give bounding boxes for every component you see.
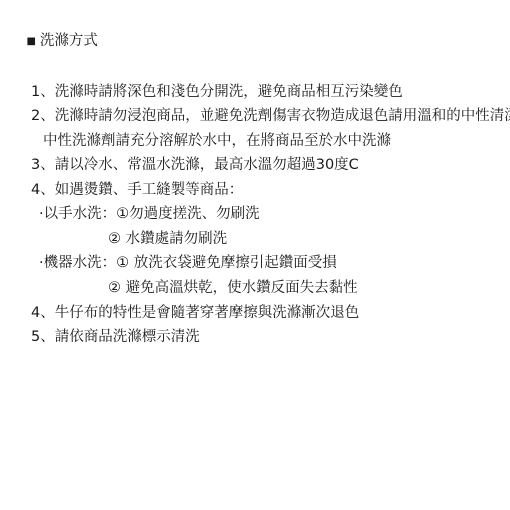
washing-item-4: 4、如遇燙鑽、手工縫製等商品： <box>0 178 510 203</box>
washing-item-3: 3、請以冷水、常溫水洗滌，最高水溫勿超過30度C <box>0 153 510 178</box>
washing-item-2-continued: 中性洗滌劑請充分溶解於水中，在將商品至於水中洗滌 <box>0 129 510 154</box>
washing-item-1: 1、洗滌時請將深色和淺色分開洗，避免商品相互污染變色 <box>0 80 510 105</box>
washing-item-5: 5、請依商品洗滌標示清洗 <box>0 325 510 350</box>
section-title: 洗滌方式 <box>40 33 98 49</box>
handwash-step-2: ② 水鑽處請勿刷洗 <box>0 227 510 252</box>
machine-wash-step-2: ② 避免高溫烘乾，使水鑽反面失去黏性 <box>0 276 510 301</box>
handwash-step-1: ·以手水洗：①勿過度搓洗、勿刷洗 <box>0 202 510 227</box>
section-header: ■洗滌方式 <box>0 4 510 80</box>
machine-wash-step-1: ·機器水洗：① 放洗衣袋避免摩擦引起鑽面受損 <box>0 251 510 276</box>
washing-item-2: 2、洗滌時請勿浸泡商品，並避免洗劑傷害衣物造成退色請用溫和的中性清潔劑洗滌， <box>0 104 510 129</box>
denim-fading-note: 4、牛仔布的特性是會隨著穿著摩擦與洗滌漸次退色 <box>0 301 510 326</box>
washing-instructions-page: ■洗滌方式 1、洗滌時請將深色和淺色分開洗，避免商品相互污染變色 2、洗滌時請勿… <box>0 0 510 510</box>
square-bullet-icon: ■ <box>26 30 35 55</box>
